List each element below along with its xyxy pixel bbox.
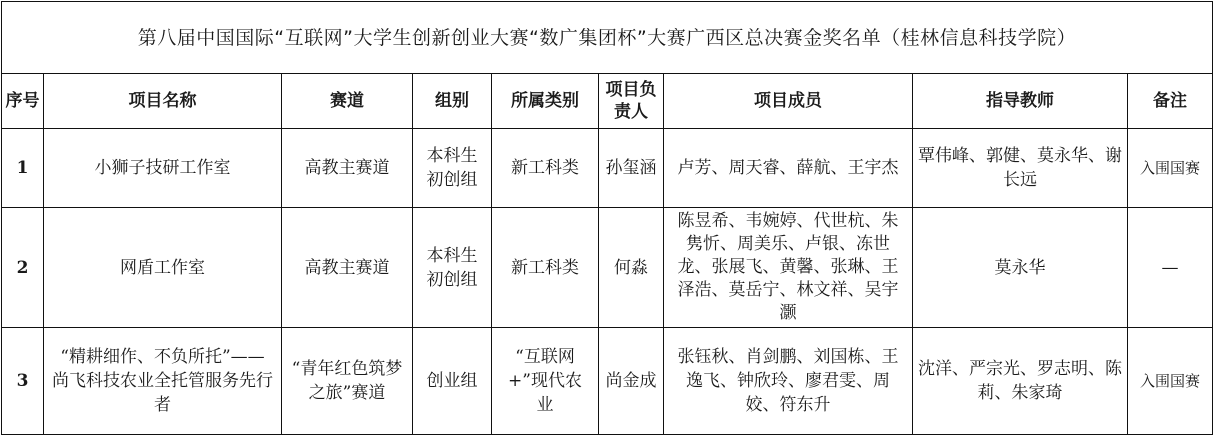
award-table: 第八届中国国际“互联网”大学生创新创业大赛“数广集团杯”大赛广西区总决赛金奖名单… [1,1,1213,435]
header-project-name: 项目名称 [44,74,282,129]
cell-members: 卢芳、周天睿、薛航、王宇杰 [664,129,913,208]
cell-advisors: 沈洋、严宗光、罗志明、陈莉、朱家琦 [913,328,1128,435]
cell-category: 新工科类 [492,129,599,208]
header-group: 组别 [413,74,492,129]
document-title: 第八届中国国际“互联网”大学生创新创业大赛“数广集团杯”大赛广西区总决赛金奖名单… [2,2,1213,74]
cell-leader: 何淼 [599,208,664,328]
cell-remarks: 入围国赛 [1128,129,1213,208]
cell-group: 本科生初创组 [413,129,492,208]
header-remarks: 备注 [1128,74,1213,129]
cell-track: 高教主赛道 [282,208,413,328]
cell-members: 陈昱希、韦婉婷、代世杭、朱隽忻、周美乐、卢银、冻世龙、张展飞、黄馨、张琳、王泽浩… [664,208,913,328]
cell-group: 创业组 [413,328,492,435]
header-members: 项目成员 [664,74,913,129]
cell-remarks: — [1128,208,1213,328]
cell-index: 1 [2,129,44,208]
header-category: 所属类别 [492,74,599,129]
header-leader: 项目负责人 [599,74,664,129]
cell-project-name: “精耕细作、不负所托”——尚飞科技农业全托管服务先行者 [44,328,282,435]
cell-project-name: 网盾工作室 [44,208,282,328]
cell-leader: 尚金成 [599,328,664,435]
cell-remarks: 入围国赛 [1128,328,1213,435]
cell-category: 新工科类 [492,208,599,328]
header-row: 序号 项目名称 赛道 组别 所属类别 项目负责人 项目成员 指导教师 备注 [2,74,1213,129]
cell-members: 张钰秋、肖剑鹏、刘国栋、王逸飞、钟欣玲、廖君雯、周姣、符东升 [664,328,913,435]
cell-group: 本科生初创组 [413,208,492,328]
cell-category: “互联网+”现代农业 [492,328,599,435]
award-list-sheet: 第八届中国国际“互联网”大学生创新创业大赛“数广集团杯”大赛广西区总决赛金奖名单… [1,1,1212,438]
table-row: 1 小狮子技研工作室 高教主赛道 本科生初创组 新工科类 孙玺涵 卢芳、周天睿、… [2,129,1213,208]
header-index: 序号 [2,74,44,129]
table-row: 2 网盾工作室 高教主赛道 本科生初创组 新工科类 何淼 陈昱希、韦婉婷、代世杭… [2,208,1213,328]
table-row: 3 “精耕细作、不负所托”——尚飞科技农业全托管服务先行者 “青年红色筑梦之旅”… [2,328,1213,435]
title-row: 第八届中国国际“互联网”大学生创新创业大赛“数广集团杯”大赛广西区总决赛金奖名单… [2,2,1213,74]
cell-index: 3 [2,328,44,435]
cell-leader: 孙玺涵 [599,129,664,208]
cell-track: 高教主赛道 [282,129,413,208]
cell-track: “青年红色筑梦之旅”赛道 [282,328,413,435]
header-track: 赛道 [282,74,413,129]
cell-advisors: 覃伟峰、郭健、莫永华、谢长远 [913,129,1128,208]
header-advisors: 指导教师 [913,74,1128,129]
cell-index: 2 [2,208,44,328]
cell-advisors: 莫永华 [913,208,1128,328]
cell-project-name: 小狮子技研工作室 [44,129,282,208]
